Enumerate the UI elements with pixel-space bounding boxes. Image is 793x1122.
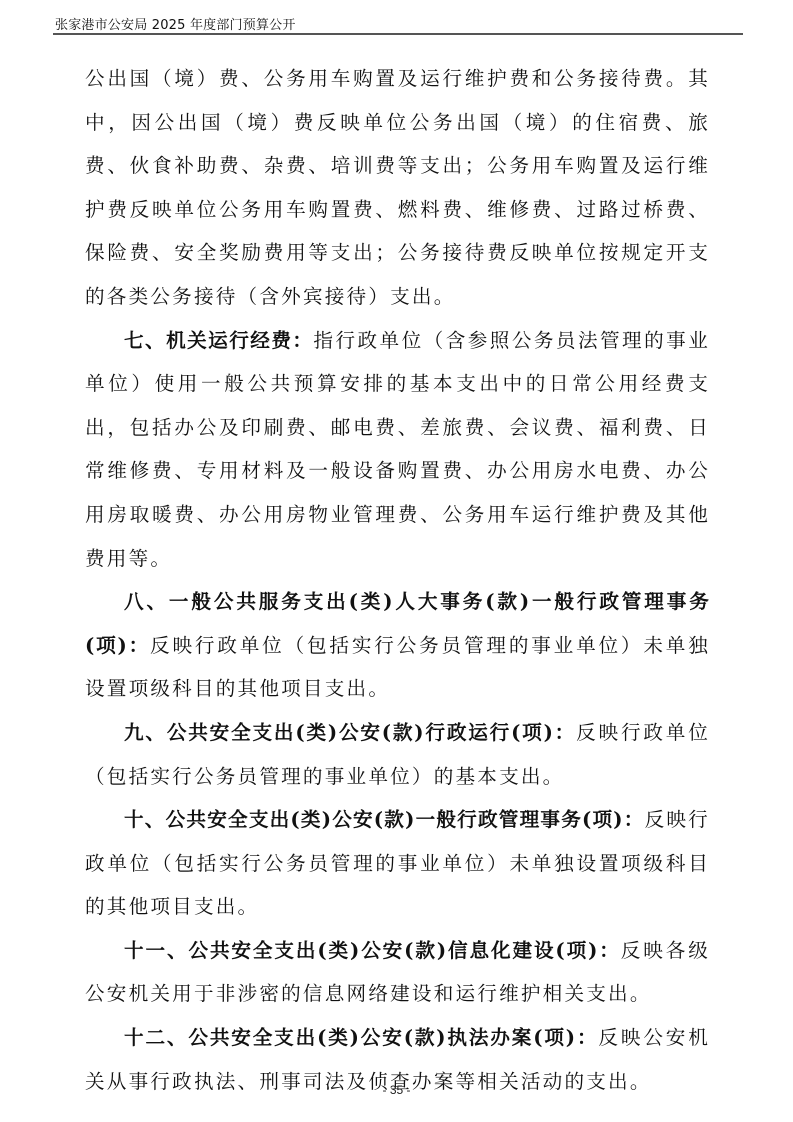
- header-title: 张家港市公安局 2025 年度部门预算公开: [55, 14, 296, 33]
- paragraph-item-11: 十一、公共安全支出(类)公安(款)信息化建设(项)：反映各级公安机关用于非涉密的…: [85, 929, 710, 1016]
- paragraph-text: 指行政单位（含参照公务员法管理的事业单位）使用一般公共预算安排的基本支出中的日常…: [85, 329, 710, 570]
- paragraph-heading: 十、公共安全支出(类)公安(款)一般行政管理事务(项)：: [124, 808, 645, 831]
- paragraph-heading: 十二、公共安全支出(类)公安(款)执法办案(项)：: [124, 1026, 598, 1049]
- paragraph-item-7: 七、机关运行经费：指行政单位（含参照公务员法管理的事业单位）使用一般公共预算安排…: [85, 319, 710, 581]
- paragraph-text: 公出国（境）费、公务用车购置及运行维护费和公务接待费。其中，因公出国（境）费反映…: [85, 67, 710, 308]
- page-number: - 35 -: [0, 1083, 793, 1097]
- paragraph-heading: 十一、公共安全支出(类)公安(款)信息化建设(项)：: [124, 939, 621, 962]
- document-body: 公出国（境）费、公务用车购置及运行维护费和公务接待费。其中，因公出国（境）费反映…: [85, 57, 710, 1103]
- paragraph-public-expenses-continued: 公出国（境）费、公务用车购置及运行维护费和公务接待费。其中，因公出国（境）费反映…: [85, 57, 710, 319]
- paragraph-item-9: 九、公共安全支出(类)公安(款)行政运行(项)：反映行政单位（包括实行公务员管理…: [85, 711, 710, 798]
- paragraph-heading: 九、公共安全支出(类)公安(款)行政运行(项)：: [124, 721, 576, 744]
- paragraph-text: 反映行政单位（包括实行公务员管理的事业单位）未单独设置项级科目的其他项目支出。: [85, 634, 710, 701]
- header-divider: [53, 33, 743, 35]
- paragraph-item-10: 十、公共安全支出(类)公安(款)一般行政管理事务(项)：反映行政单位（包括实行公…: [85, 798, 710, 929]
- paragraph-item-8: 八、一般公共服务支出(类)人大事务(款)一般行政管理事务(项)：反映行政单位（包…: [85, 580, 710, 711]
- paragraph-heading: 七、机关运行经费：: [124, 329, 313, 352]
- page-header: 张家港市公安局 2025 年度部门预算公开: [53, 10, 743, 34]
